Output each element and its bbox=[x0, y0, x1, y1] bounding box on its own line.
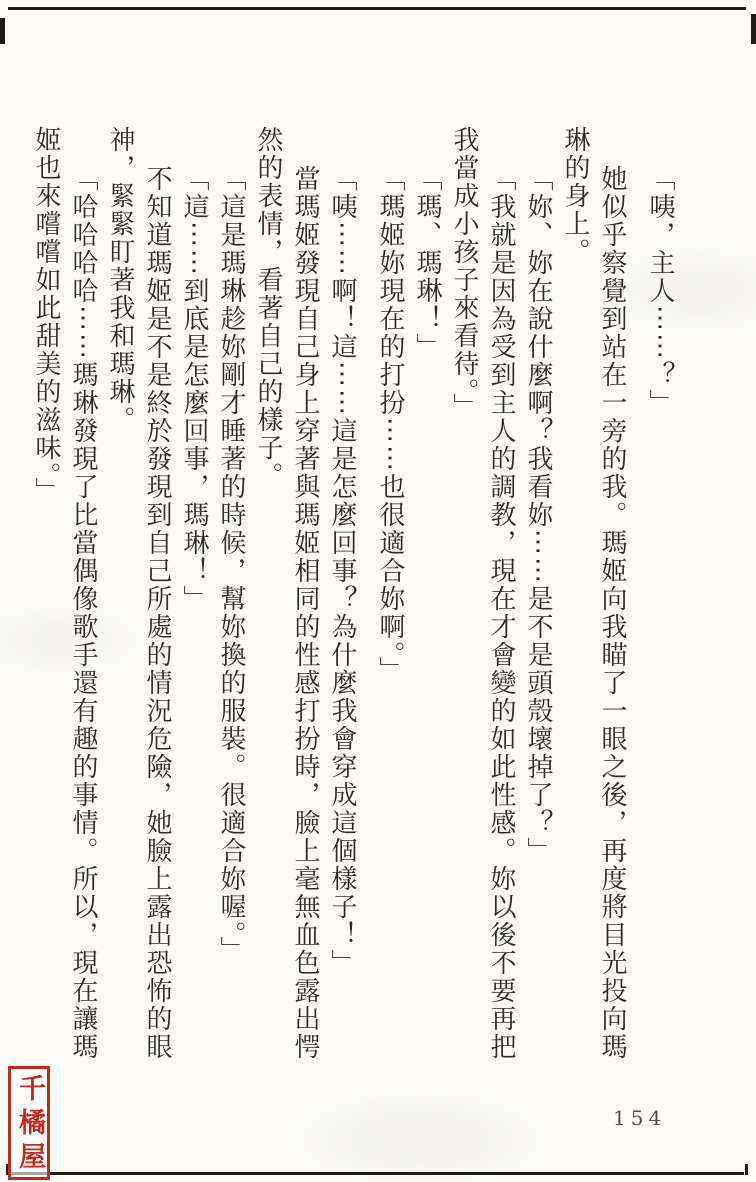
paragraph: 「妳、妳在說什麼啊？我看妳⋯⋯是不是頭殼壞掉了？」 bbox=[519, 126, 556, 1074]
vertical-text-body: 「咦，主人⋯⋯？」 她似乎察覺到站在一旁的我。瑪姬向我瞄了一眼之後，再度將目光投… bbox=[27, 126, 678, 1074]
paragraph: 「哈哈哈哈⋯⋯瑪琳發現了比當偶像歌手還有趣的事情。所以，現在讓瑪姬也來嚐嚐如此甜… bbox=[27, 126, 101, 1074]
seal-characters: 千橘屋 bbox=[11, 1074, 47, 1176]
paragraph: 「這是瑪琳趁妳剛才睡著的時候，幫妳換的服裝。很適合妳喔。」 bbox=[212, 126, 249, 1074]
paragraph: 不知道瑪姬是不是終於發現到自己所處的情況危險，她臉上露出恐怖的眼神，緊緊盯著我和… bbox=[101, 126, 175, 1074]
scan-corner-mark-top-left bbox=[0, 18, 5, 44]
scan-corner-mark-bottom-right bbox=[745, 1164, 748, 1175]
paragraph: 「咦，主人⋯⋯？」 bbox=[641, 126, 678, 1074]
scan-edge-line-top bbox=[8, 7, 746, 10]
paragraph: 當瑪姬發現自己身上穿著與瑪姬相同的性感打扮時，臉上毫無血色露出愕然的表情，看著自… bbox=[249, 126, 323, 1074]
paragraph: 「我就是因為受到主人的調教，現在才會變的如此性感。妳以後不要再把我當成小孩子來看… bbox=[445, 126, 519, 1074]
paragraph: 「咦⋯⋯啊！這⋯⋯這是怎麼回事？為什麼我會穿成這個樣子！」 bbox=[323, 126, 360, 1074]
scanned-book-page: 「咦，主人⋯⋯？」 她似乎察覺到站在一旁的我。瑪姬向我瞄了一眼之後，再度將目光投… bbox=[0, 0, 756, 1182]
scanner-seal-stamp: 千橘屋 bbox=[8, 1066, 50, 1180]
scan-edge-line-bottom bbox=[8, 1172, 744, 1175]
paragraph: 「瑪姬妳現在的打扮⋯⋯也很適合妳啊。」 bbox=[371, 126, 408, 1074]
scan-corner-mark-top-right bbox=[751, 14, 756, 44]
page-number: 154 bbox=[613, 1106, 666, 1130]
paragraph: 她似乎察覺到站在一旁的我。瑪姬向我瞄了一眼之後，再度將目光投向瑪琳的身上。 bbox=[556, 126, 630, 1074]
paragraph: 「瑪、瑪琳！」 bbox=[408, 126, 445, 1074]
paragraph: 「這⋯⋯到底是怎麼回事，瑪琳！」 bbox=[175, 126, 212, 1074]
